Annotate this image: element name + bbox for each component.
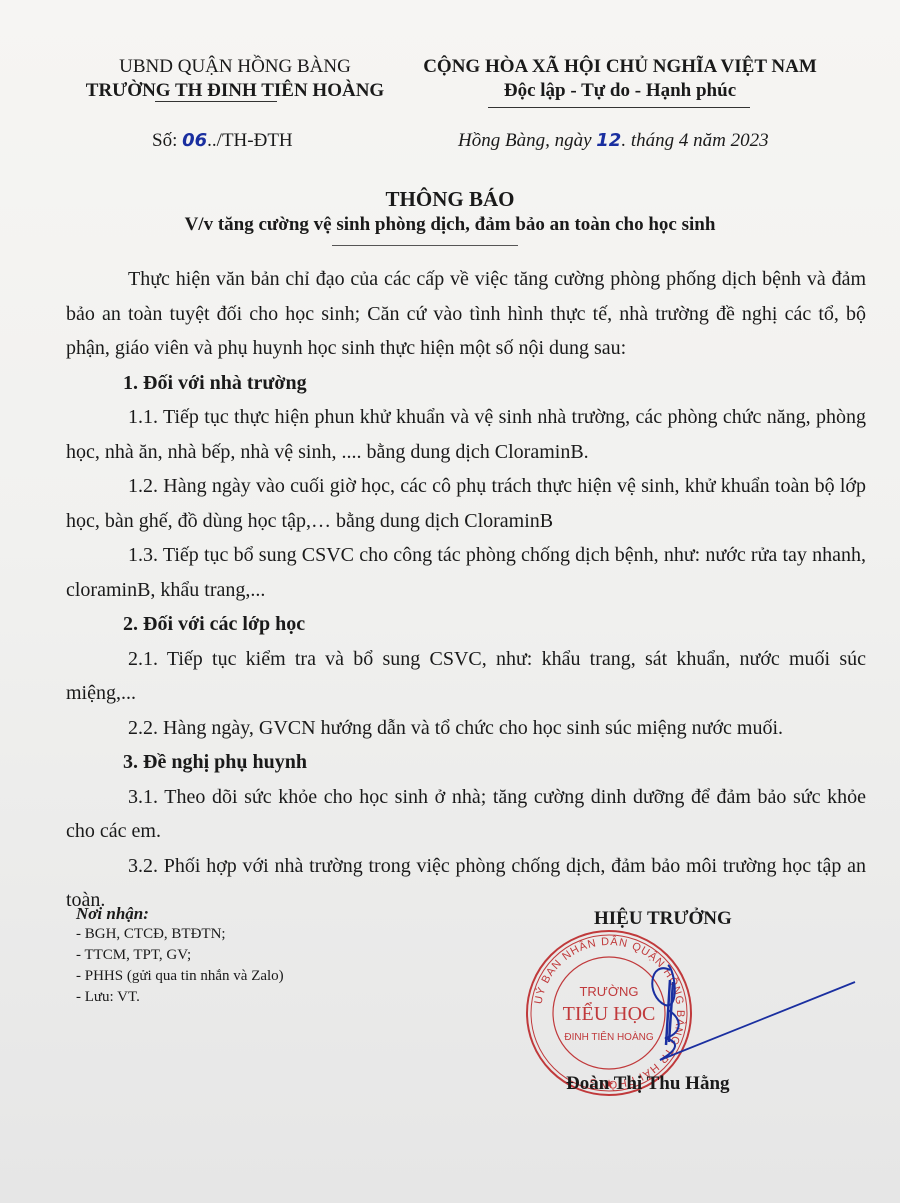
section-item: 1.2. Hàng ngày vào cuối giờ học, các cô … xyxy=(66,469,866,538)
motto-underline xyxy=(488,107,750,108)
document-title: THÔNG BÁO xyxy=(0,187,900,212)
national-motto: Độc lập - Tự do - Hạnh phúc xyxy=(400,79,840,103)
section-heading: 1. Đối với nhà trường xyxy=(66,366,866,401)
recipients-block: Nơi nhận: - BGH, CTCĐ, BTĐTN; - TTCM, TP… xyxy=(76,903,284,1008)
signer-name: Đoàn Thị Thu Hằng xyxy=(566,1073,730,1095)
document-number: Số: 06../TH-ĐTH xyxy=(152,130,293,152)
section-item: 1.1. Tiếp tục thực hiện phun khử khuẩn v… xyxy=(66,400,866,469)
handwritten-day: 12 xyxy=(596,130,621,151)
section-item: 3.1. Theo dõi sức khỏe cho học sinh ở nh… xyxy=(66,780,866,849)
issuing-authority-block: UBND QUẬN HỒNG BÀNG TRƯỜNG TH ĐINH TIÊN … xyxy=(75,55,395,103)
section-heading: 2. Đối với các lớp học xyxy=(66,607,866,642)
intro-paragraph: Thực hiện văn bản chỉ đạo của các cấp về… xyxy=(66,262,866,366)
section-heading: 3. Đề nghị phụ huynh xyxy=(66,745,866,780)
handwritten-signature-icon xyxy=(640,950,860,1070)
school-name-underline xyxy=(155,101,277,102)
document-subtitle: V/v tăng cường vệ sinh phòng dịch, đảm b… xyxy=(0,214,900,236)
handwritten-number: 06 xyxy=(182,130,207,151)
recipient-item: - BGH, CTCĐ, BTĐTN; xyxy=(76,924,284,945)
section-item: 2.2. Hàng ngày, GVCN hướng dẫn và tổ chứ… xyxy=(66,711,866,746)
recipients-title: Nơi nhận: xyxy=(76,903,284,924)
recipient-item: - TTCM, TPT, GV; xyxy=(76,945,284,966)
section-item: 1.3. Tiếp tục bổ sung CSVC cho công tác … xyxy=(66,538,866,607)
document-body: Thực hiện văn bản chỉ đạo của các cấp về… xyxy=(66,262,866,918)
signer-position: HIỆU TRƯỞNG xyxy=(594,908,732,930)
authority-name: UBND QUẬN HỒNG BÀNG xyxy=(75,55,395,79)
section-item: 2.1. Tiếp tục kiểm tra và bổ sung CSVC, … xyxy=(66,642,866,711)
recipient-item: - Lưu: VT. xyxy=(76,987,284,1008)
recipient-item: - PHHS (gửi qua tin nhắn và Zalo) xyxy=(76,966,284,987)
national-header-block: CỘNG HÒA XÃ HỘI CHỦ NGHĨA VIỆT NAM Độc l… xyxy=(400,55,840,103)
stamp-line1: TRƯỜNG xyxy=(579,984,638,999)
school-name: TRƯỜNG TH ĐINH TIÊN HOÀNG xyxy=(75,79,395,103)
nation-name: CỘNG HÒA XÃ HỘI CHỦ NGHĨA VIỆT NAM xyxy=(400,55,840,79)
title-underline xyxy=(332,245,518,246)
document-date: Hồng Bàng, ngày 12. tháng 4 năm 2023 xyxy=(458,130,769,152)
